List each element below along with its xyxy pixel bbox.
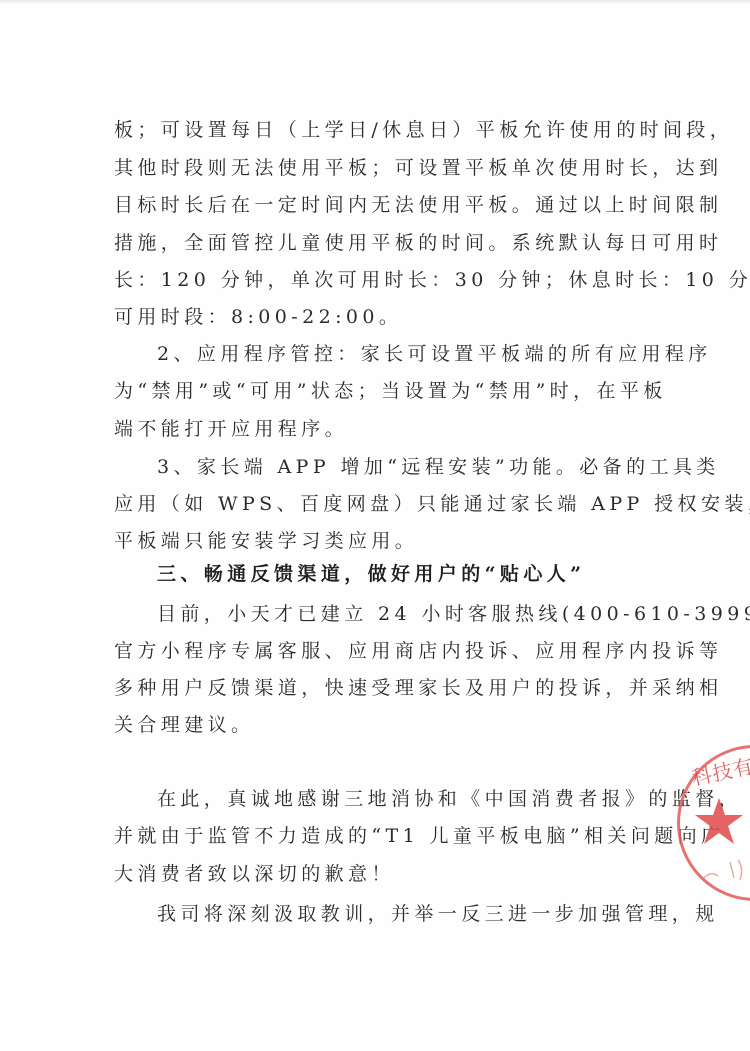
paragraph-line: 多种用户反馈渠道，快速受理家长及用户的投诉，并采纳相 [114,676,722,700]
paragraph-line: 目标时长后在一定时间内无法使用平板。通过以上时间限制 [114,193,722,217]
star-icon [694,796,744,846]
paragraph-line: 为“禁用”或“可用”状态；当设置为“禁用”时，在平板 [114,379,667,403]
paragraph-line: 长：120 分钟，单次可用时长：30 分钟；休息时长：10 分钟； [114,268,750,292]
list-item-2-line: 2、应用程序管控：家长可设置平板端的所有应用程序 [157,342,712,366]
paragraph-line: 在此，真诚地感谢三地消协和《中国消费者报》的监督， [157,787,742,811]
paragraph-line: 大消费者致以深切的歉意！ [114,862,395,886]
seal-number-marks [700,850,750,885]
paragraph-line: 应用（如 WPS、百度网盘）只能通过家长端 APP 授权安装， [114,492,750,516]
paragraph-line: 官方小程序专属客服、应用商店内投诉、应用程序内投诉等 [114,639,722,663]
paragraph-line: 我司将深刻汲取教训，并举一反三进一步加强管理，规 [157,902,719,926]
scan-edge-shadow [0,0,750,4]
section-heading: 三、畅通反馈渠道，做好用户的“贴心人” [157,562,585,586]
document-page: 板；可设置每日（上学日/休息日）平板允许使用的时间段， 其他时段则无法使用平板；… [0,0,750,1051]
paragraph-line: 并就由于监管不力造成的“T1 儿童平板电脑”相关问题向广 [114,824,724,848]
list-item-3-line: 3、家长端 APP 增加“远程安装”功能。必备的工具类 [157,455,720,479]
paragraph-line: 可用时段：8:00-22:00。 [114,305,402,329]
paragraph-line: 措施，全面管控儿童使用平板的时间。系统默认每日可用时 [114,231,722,255]
paragraph-line: 端不能打开应用程序。 [114,417,348,441]
paragraph-line: 关合理建议。 [114,713,254,737]
paragraph-line: 目前，小天才已建立 24 小时客服热线(400-610-3999)、 [157,602,750,626]
paragraph-line: 板；可设置每日（上学日/休息日）平板允许使用的时间段， [114,118,733,142]
paragraph-line: 其他时段则无法使用平板；可设置平板单次使用时长，达到 [114,156,722,180]
paragraph-line: 平板端只能安装学习类应用。 [114,529,418,553]
